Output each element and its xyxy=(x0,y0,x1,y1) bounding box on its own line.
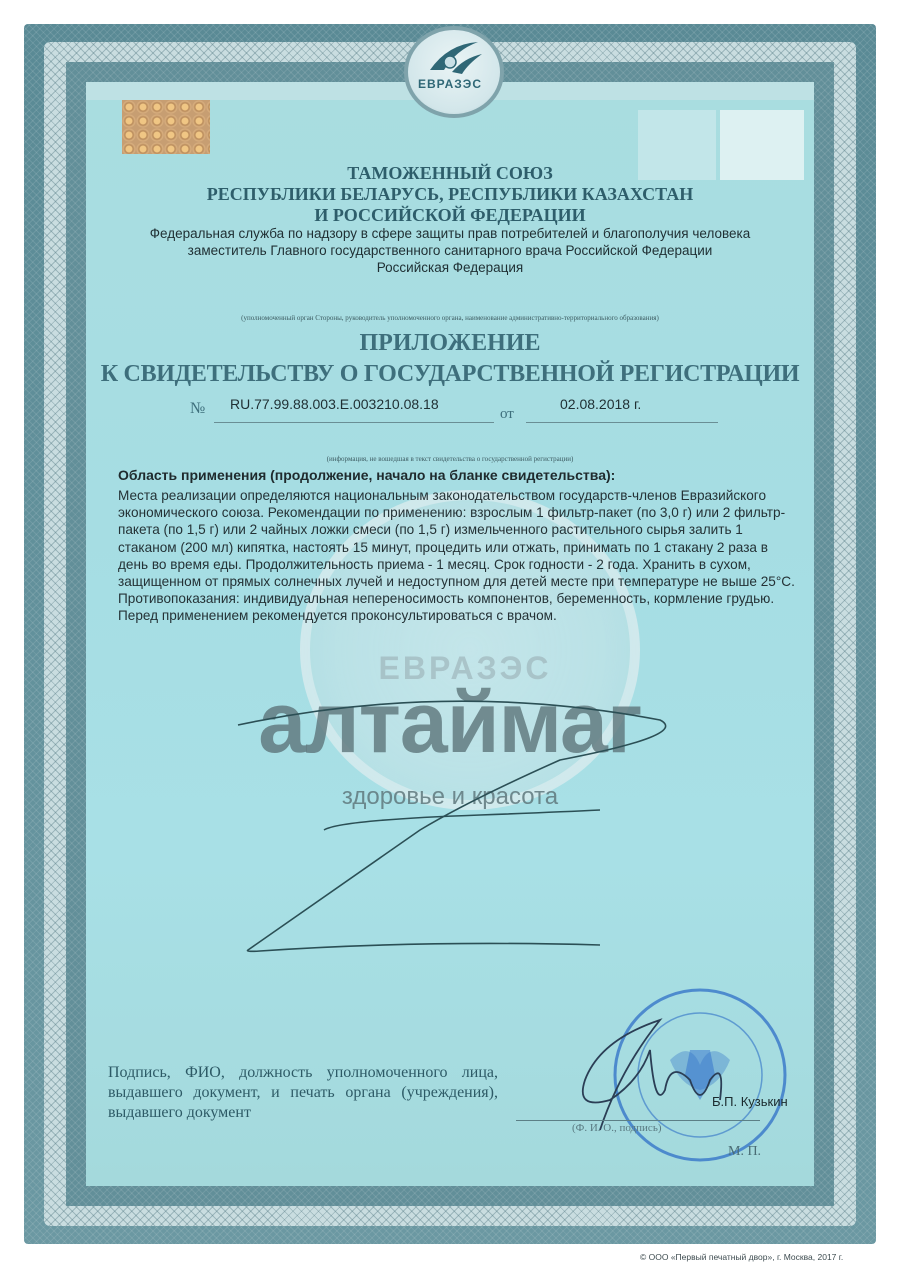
signature-line xyxy=(516,1120,760,1121)
certificate-page: ЕВРАЗЭС ТАМОЖЕННЫЙ СОЮЗ РЕСПУБЛИКИ БЕЛАР… xyxy=(0,0,900,1272)
handwritten-signature xyxy=(0,0,900,1272)
signer-name: Б.П. Кузькин xyxy=(712,1094,788,1109)
stamp-place-label: М. П. xyxy=(728,1144,761,1160)
printer-imprint: © ООО «Первый печатный двор», г. Москва,… xyxy=(640,1252,843,1262)
fio-hint: (Ф. И. О., подпись) xyxy=(572,1122,662,1134)
